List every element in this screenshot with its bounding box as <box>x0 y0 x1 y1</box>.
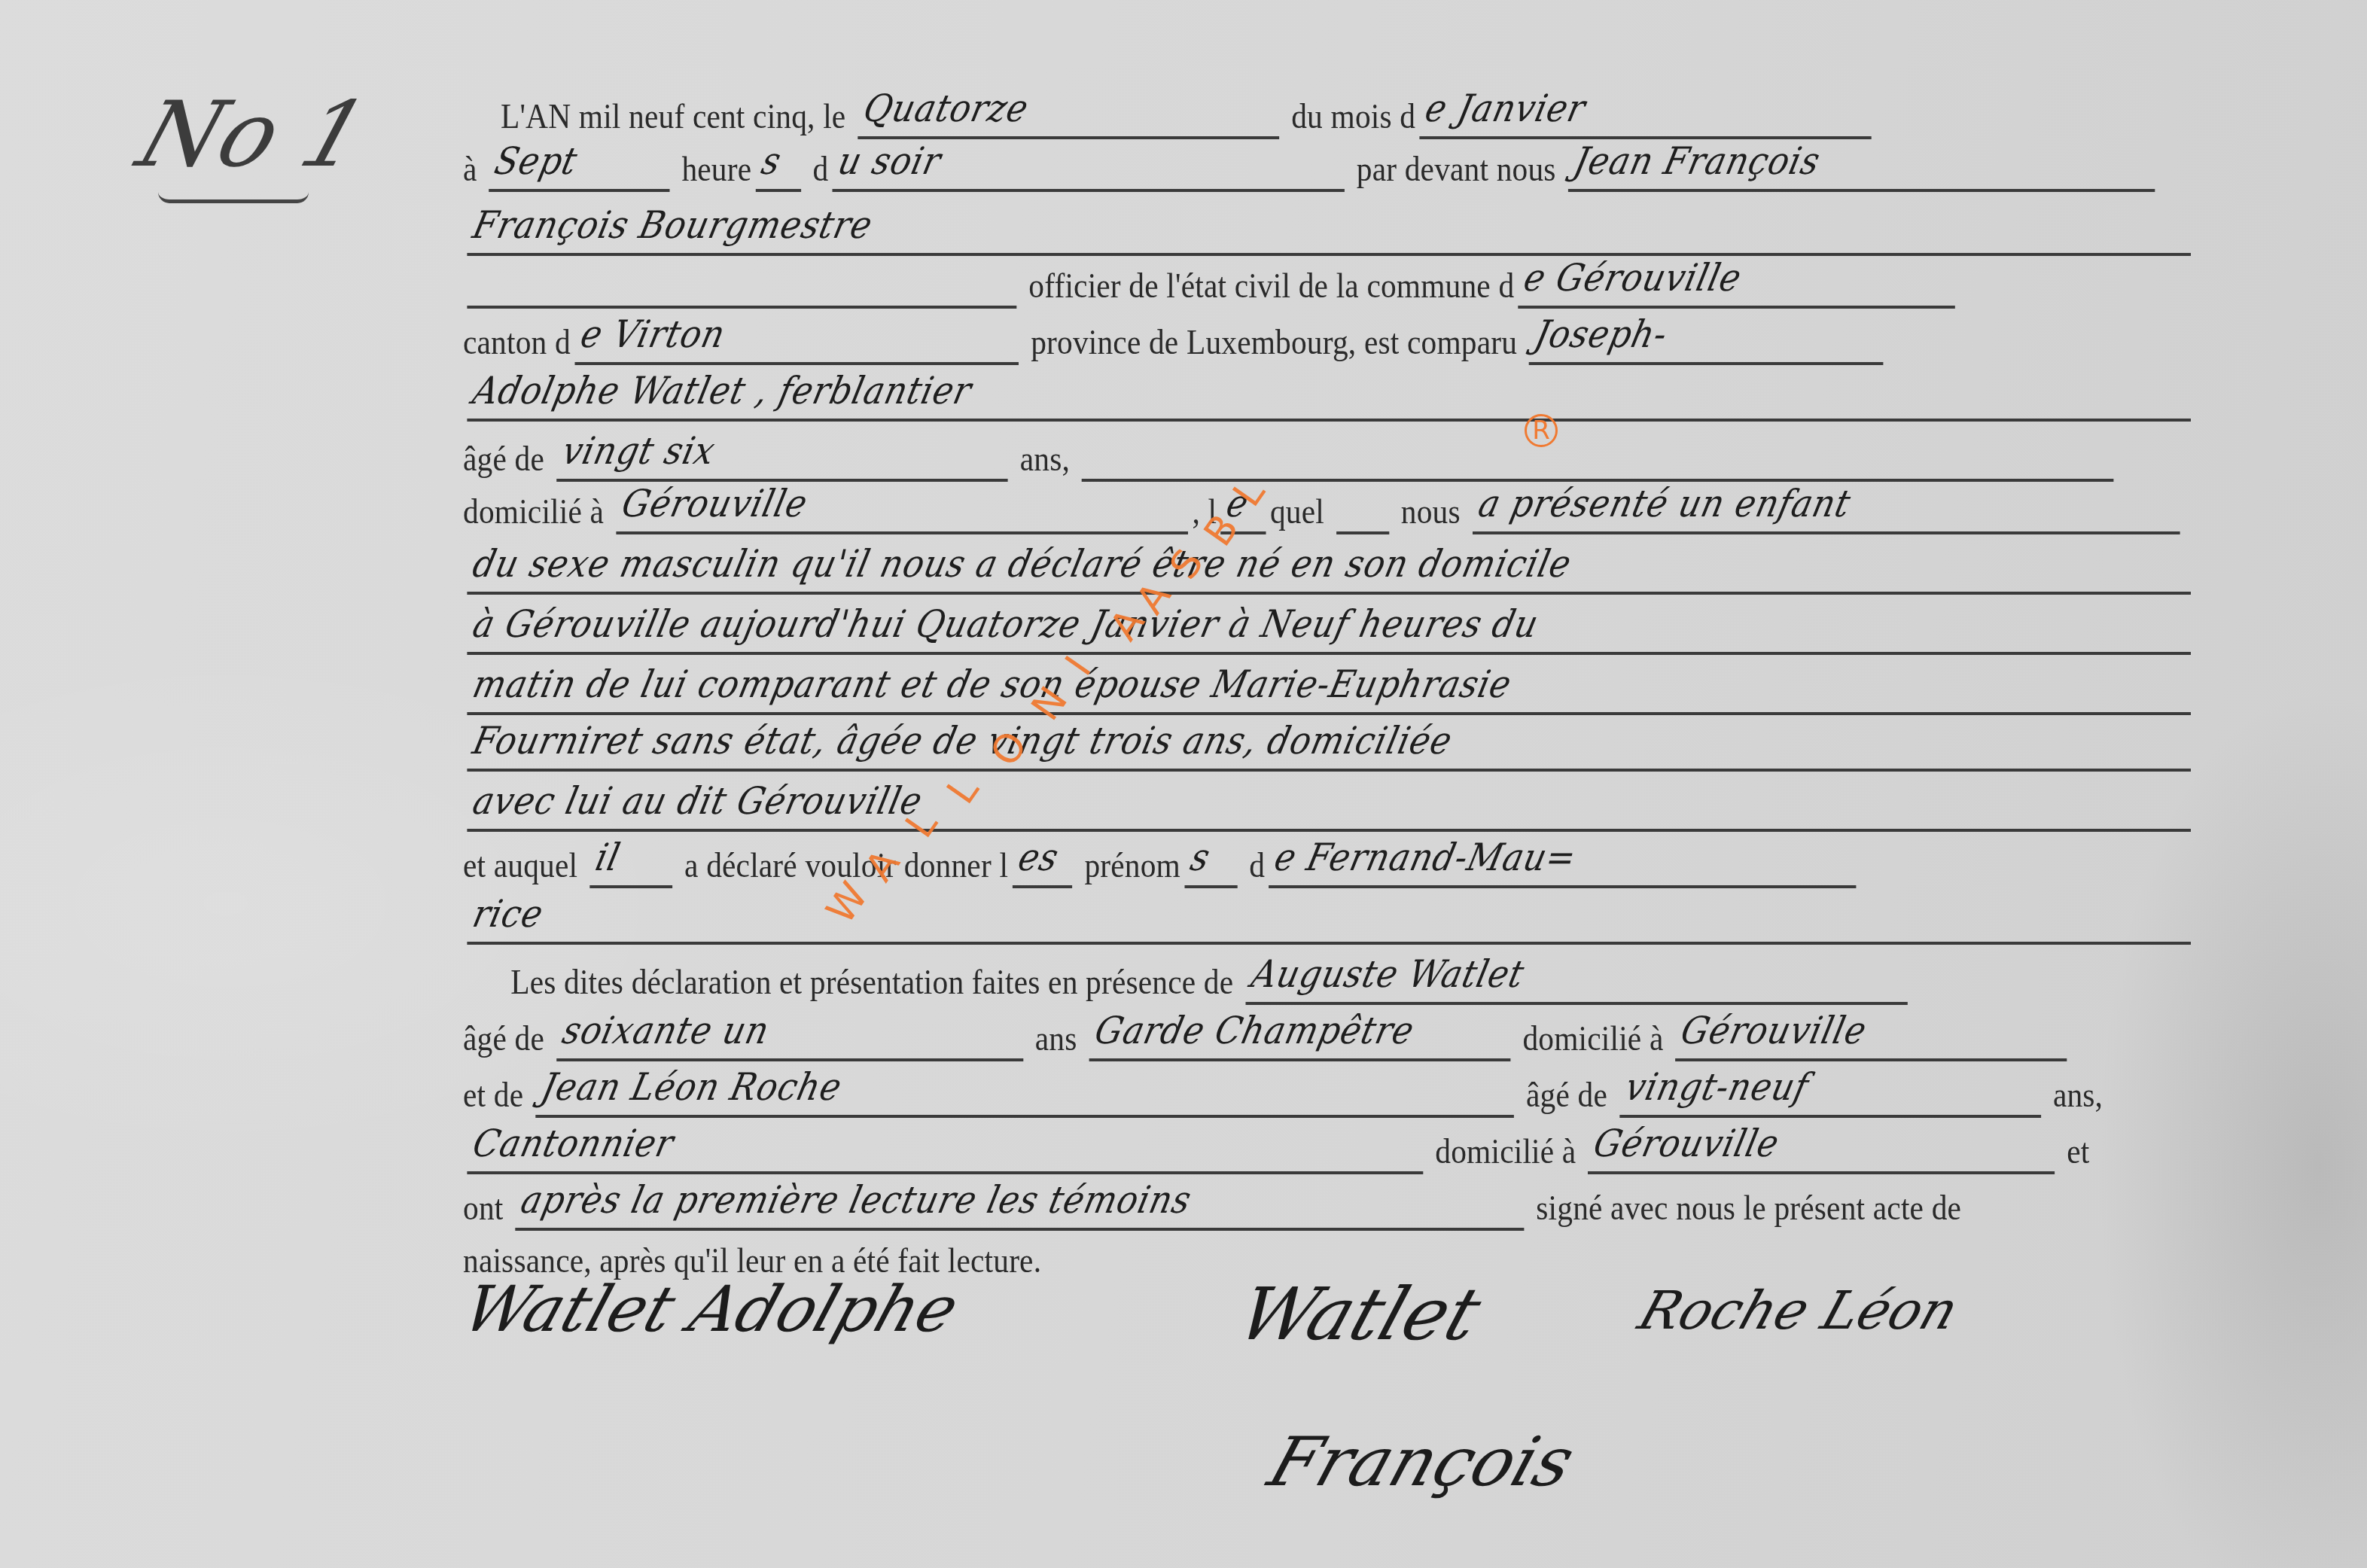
handwritten-text: es <box>1014 836 1063 879</box>
form-line-12: Fourniret sans état, âgée de vingt trois… <box>463 704 2195 772</box>
handwritten-text: Fourniret sans état, âgée de vingt trois… <box>469 719 1457 763</box>
printed-text: par devant nous <box>1348 149 1564 192</box>
handwritten-text: e Fernand-Mau= <box>1271 836 1581 879</box>
handwritten-text: Auguste Watlet <box>1247 952 1528 996</box>
signature: Watlet <box>1229 1272 1491 1356</box>
signature: François <box>1260 1423 1584 1502</box>
handwritten-text: Gérouville <box>617 482 811 525</box>
form-line-9: du sexe masculin qu'il nous a déclaré êt… <box>463 527 2195 595</box>
handwritten-text: Jean François <box>1570 139 1824 183</box>
handwritten-field: u soir <box>833 139 1345 192</box>
printed-text: à <box>463 149 485 192</box>
handwritten-text: Garde Champêtre <box>1091 1009 1418 1052</box>
handwritten-text: il <box>592 836 625 879</box>
handwritten-text: du sexe masculin qu'il nous a déclaré êt… <box>469 542 1576 586</box>
handwritten-field: Sept <box>489 139 669 192</box>
act-number-underline <box>158 192 309 203</box>
handwritten-field: Jean François <box>1568 139 2155 192</box>
handwritten-text: Adolphe Watlet , ferblantier <box>469 369 976 413</box>
handwritten-text: s <box>757 139 785 183</box>
form-line-15: rice <box>463 877 2195 945</box>
handwritten-text: à Gérouville aujourd'hui Quatorze Janvie… <box>469 602 1543 646</box>
handwritten-text: rice <box>469 892 547 936</box>
handwritten-text: Gérouville <box>1590 1122 1784 1165</box>
handwritten-text: vingt-neuf <box>1621 1065 1812 1109</box>
handwritten-text: e Virton <box>577 312 730 356</box>
handwritten-text: Jean Léon Roche <box>538 1065 846 1109</box>
handwritten-text: avec lui au dit Gérouville <box>469 779 927 823</box>
handwritten-text: u soir <box>834 139 946 183</box>
signature: Roche Léon <box>1631 1280 1966 1341</box>
handwritten-text: matin de lui comparant et de son épouse … <box>469 662 1516 706</box>
handwritten-text: s <box>1187 836 1214 879</box>
form-line-10: à Gérouville aujourd'hui Quatorze Janvie… <box>463 587 2195 655</box>
form-line-2: à Sept heures du soir par devant nous Je… <box>463 124 2159 192</box>
handwritten-text: e <box>1223 482 1254 525</box>
handwritten-text: Joseph- <box>1531 312 1672 356</box>
handwritten-field: s <box>756 139 801 192</box>
handwritten-text: a présenté un enfant <box>1474 482 1854 525</box>
printed-text: et <box>2059 1131 2090 1174</box>
printed-text: d <box>805 149 828 192</box>
signature: Watlet Adolphe <box>455 1272 967 1346</box>
form-line-6: Adolphe Watlet , ferblantier <box>463 354 2195 422</box>
act-number: No 1 <box>126 83 379 187</box>
form-line-8: domicilié à Gérouville, lequel nous a pr… <box>463 467 2184 534</box>
handwritten-text: Sept <box>491 139 582 183</box>
handwritten-text: e Gérouville <box>1520 256 1746 300</box>
printed-text: signé avec nous le présent acte de <box>1528 1188 1961 1231</box>
handwritten-text: Cantonnier <box>469 1122 678 1165</box>
printed-text: heure <box>674 149 751 192</box>
handwritten-text: Gérouville <box>1677 1009 1871 1052</box>
handwritten-text: soixante un <box>558 1009 773 1052</box>
scanned-document: No 1 L'AN mil neuf cent cinq, le Quatorz… <box>0 0 2367 1568</box>
